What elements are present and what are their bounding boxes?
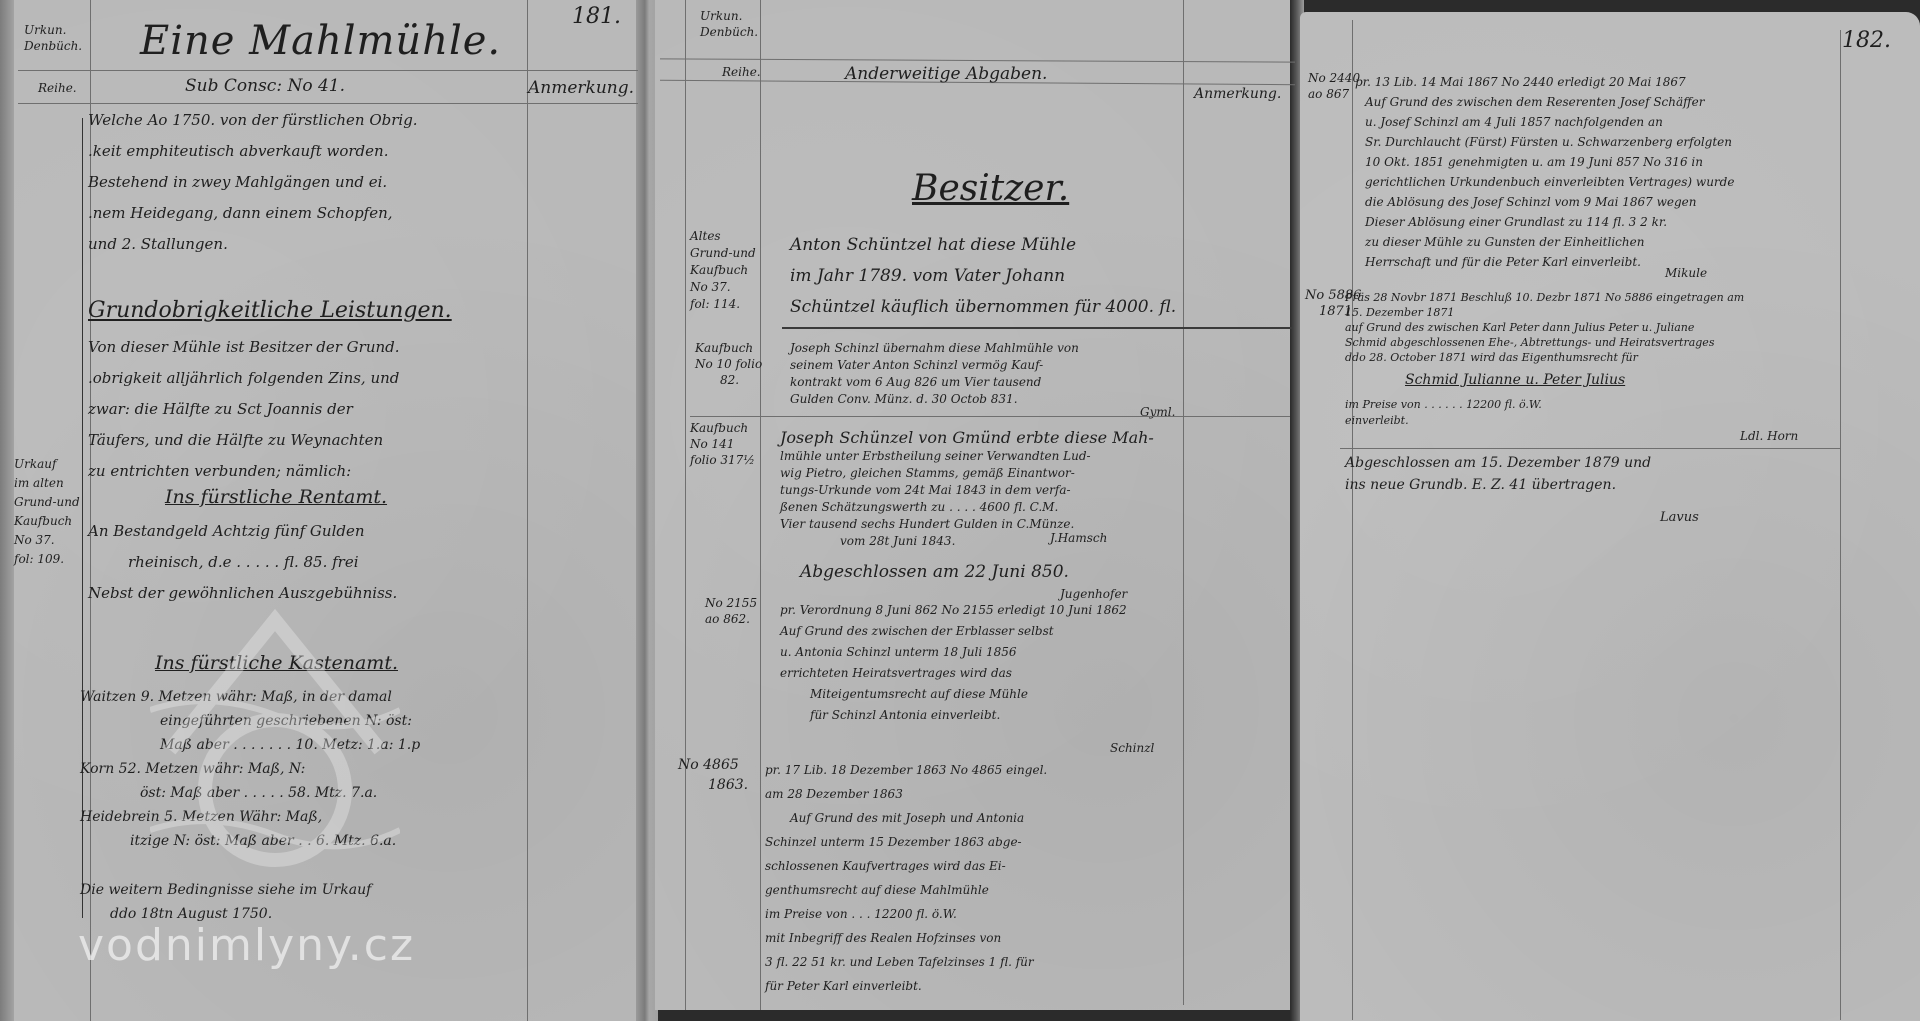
- right-entry-2: Präs 28 Novbr 1871 Beschluß 10. Dezbr 18…: [1345, 290, 1744, 365]
- right-entry-1-margin: No 2440 ao 867: [1308, 70, 1360, 102]
- mid-entry-3-closing: Abgeschlossen am 22 Juni 850.: [800, 562, 1069, 582]
- rentamt-heading: Ins fürstliche Rentamt.: [165, 486, 387, 508]
- right-entry-2-price: im Preise von . . . . . . 12200 fl. ö.W.: [1345, 396, 1542, 413]
- site-watermark: vodnimlyny.cz: [78, 920, 415, 971]
- right-entry-1-signature: Mikule: [1665, 265, 1707, 281]
- book-edge-left: [0, 0, 14, 1021]
- mid-margin-subheader: Reihe.: [722, 64, 761, 80]
- mid-entry-1-margin: Altes Grund-und Kaufbuch No 37. fol: 114…: [690, 228, 756, 313]
- mid-entry-2-separator: [690, 416, 1290, 417]
- left-duties-block: Von dieser Mühle ist Besitzer der Grund.…: [88, 332, 400, 487]
- mid-entry-4-margin: No 2155 ao 862.: [705, 595, 757, 627]
- right-entry-2-owners: Schmid Julianne u. Peter Julius: [1405, 372, 1625, 388]
- right-margin-rule: [1352, 20, 1353, 1020]
- mid-margin-header: Urkun. Denbüch.: [700, 8, 758, 40]
- mid-entry-4: pr. Verordnung 8 Juni 862 No 2155 erledi…: [780, 600, 1127, 726]
- left-header-rule-1: [18, 70, 638, 71]
- left-remarks-header: Anmerkung.: [528, 78, 634, 98]
- mid-entry-3-margin: Kaufbuch No 141 folio 317½: [690, 420, 755, 468]
- mid-entry-5: pr. 17 Lib. 18 Dezember 1863 No 4865 ein…: [765, 758, 1047, 998]
- watermill-logo-icon: [150, 600, 400, 900]
- left-margin-note: Urkauf im alten Grund-und Kaufbuch No 37…: [14, 455, 80, 569]
- left-section-heading: Grundobrigkeitliche Leistungen.: [88, 298, 452, 323]
- mid-entry-5-signature: Schinzl: [1110, 740, 1154, 756]
- right-closing-signature: Lavus: [1660, 510, 1699, 526]
- mid-left-rule: [685, 0, 686, 1010]
- left-margin-subheader: Reihe.: [38, 80, 77, 96]
- left-remarks-rule: [527, 0, 528, 1021]
- mid-margin-rule: [760, 0, 761, 1010]
- mid-entry-2: Joseph Schinzl übernahm diese Mahlmühle …: [790, 340, 1079, 408]
- mid-column-header: Anderweitige Abgaben.: [845, 64, 1047, 84]
- right-closing-block: Abgeschlossen am 15. Dezember 1879 und i…: [1345, 452, 1651, 496]
- right-remarks-rule: [1840, 30, 1841, 1020]
- mid-entry-5-margin: No 4865 1863.: [678, 755, 748, 795]
- mid-remarks-header: Anmerkung.: [1194, 86, 1281, 102]
- left-intro-block: Welche Ao 1750. von der fürstlichen Obri…: [88, 105, 418, 260]
- page-number-182: 182.: [1842, 28, 1891, 53]
- mid-entry-3-signature: J.Hamsch: [1050, 530, 1107, 546]
- page-number-181: 181.: [572, 4, 621, 29]
- rentamt-block: An Bestandgeld Achtzig fünf Gulden rhein…: [88, 516, 397, 609]
- mid-entry-2-margin: Kaufbuch No 10 folio 82.: [695, 340, 762, 388]
- right-entry-2-registered: einverleibt.: [1345, 412, 1409, 429]
- right-entry-2-signature: Ldl. Horn: [1740, 428, 1798, 444]
- right-closing-separator: [1340, 448, 1840, 449]
- mid-remarks-rule: [1183, 0, 1184, 1005]
- left-page-subtitle: Sub Consc: No 41.: [185, 76, 345, 96]
- mid-entry-1-separator: [782, 327, 1292, 329]
- owners-heading: Besitzer.: [912, 168, 1069, 209]
- left-margin-header: Urkun. Denbüch.: [24, 22, 82, 54]
- left-page-title: Eine Mahlmühle.: [140, 18, 501, 64]
- mid-entry-1: Anton Schüntzel hat diese Mühle im Jahr …: [790, 230, 1176, 323]
- left-header-rule-2: [18, 103, 638, 104]
- mid-entry-2-signature: Gyml.: [1140, 404, 1175, 420]
- right-entry-1: pr. 13 Lib. 14 Mai 1867 No 2440 erledigt…: [1355, 72, 1734, 272]
